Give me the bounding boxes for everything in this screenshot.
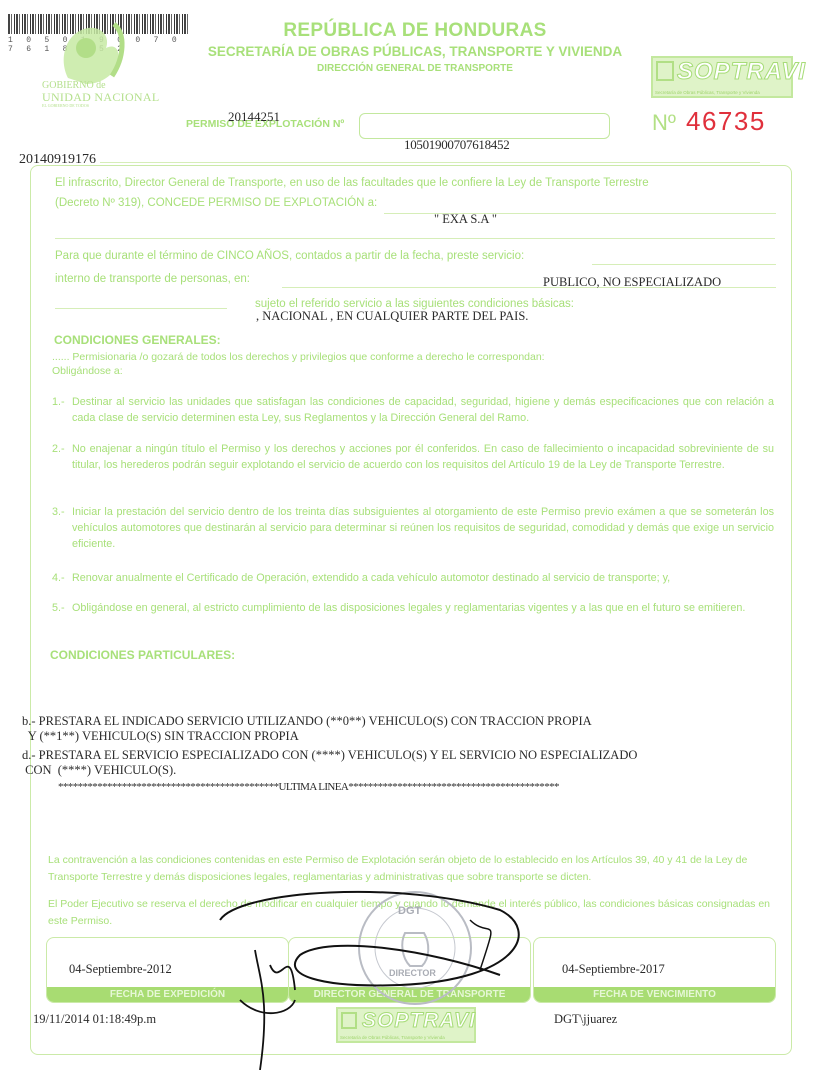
gov-logo-line3: EL GOBIERNO DE TODOS [42,103,89,108]
issue-date: 04-Septiembre-2012 [69,962,172,977]
soptravi-logo: SOPTRAVI Secretaría de Obras Públicas, T… [651,56,793,98]
fill-line [55,308,227,309]
soptravi-wordmark: SOPTRAVI [677,58,806,86]
expiry-date: 04-Septiembre-2017 [562,962,665,977]
last-line-marker: ****************************************… [58,781,559,793]
permit-number-box [359,113,610,139]
particular-line: b.- PRESTARA EL INDICADO SERVICIO UTILIZ… [22,714,592,729]
soptravi-tagline: Secretaría de Obras Públicas, Transporte… [655,90,760,95]
expiry-date-label: FECHA DE VENCIMIENTO [534,987,775,1002]
building-icon [656,61,674,81]
service-line: interno de transporte de personas, en: [55,273,250,285]
gov-emblem-icon [48,18,134,88]
grantee-name: " EXA S.A " [434,212,497,227]
document-title: REPÚBLICA DE HONDURAS [200,20,630,42]
service-type: PUBLICO, NO ESPECIALIZADO [543,275,721,290]
coverage: , NACIONAL , EN CUALQUIER PARTE DEL PAIS… [256,309,528,324]
divider [100,162,760,163]
department-name: DIRECCIÓN GENERAL DE TRANSPORTE [200,63,630,74]
soptravi-wordmark: SOPTRAVI [362,1009,476,1033]
general-conditions-intro: ...... Permisionaria /o gozará de todos … [52,351,545,363]
print-timestamp: 19/11/2014 01:18:49p.m [33,1012,156,1027]
term-line: Para que durante el término de CINCO AÑO… [55,250,524,262]
particular-line: Y (**1**) VEHICULO(S) SIN TRACCION PROPI… [22,729,299,744]
condition-item: 2.- No enajenar a ningún título el Permi… [52,441,774,473]
particular-line: d.- PRESTARA EL SERVICIO ESPECIALIZADO C… [22,748,637,763]
issued-by-user: DGT\jjuarez [554,1012,617,1027]
ministry-name: SECRETARÍA DE OBRAS PÚBLICAS, TRANSPORTE… [200,44,630,59]
condition-item: 1.- Destinar al servicio las unidades qu… [52,394,774,426]
obliging-text: Obligándose a: [52,365,123,377]
general-conditions-title: CONDICIONES GENERALES: [54,333,221,347]
condition-item: 5.- Obligándose en general, al estricto … [52,600,774,616]
fill-line [55,238,775,239]
serial-number-label: Nº [652,110,676,136]
permit-number: 20144251 [228,109,280,125]
soptravi-logo-footer: SOPTRAVI Secretaría de Obras Públicas, T… [336,1007,476,1043]
intro-line-2: (Decreto Nº 319), CONCEDE PERMISO DE EXP… [55,197,377,209]
condition-item: 3.- Iniciar la prestación del servicio d… [52,504,774,552]
particular-line: CON (****) VEHICULO(S). [22,763,176,778]
soptravi-tagline: Secretaría de Obras Públicas, Transporte… [340,1035,445,1040]
fill-line [592,264,776,265]
particular-conditions-title: CONDICIONES PARTICULARES: [50,648,235,662]
expiry-date-box: 04-Septiembre-2017 FECHA DE VENCIMIENTO [533,937,776,1003]
condition-item: 4.- Renovar anualmente el Certificado de… [52,570,774,586]
barcode-text: 10501900707618452 [404,137,509,153]
building-icon [341,1012,357,1029]
intro-line-1: El infrascrito, Director General de Tran… [55,177,649,189]
serial-number: 46735 [686,106,766,137]
